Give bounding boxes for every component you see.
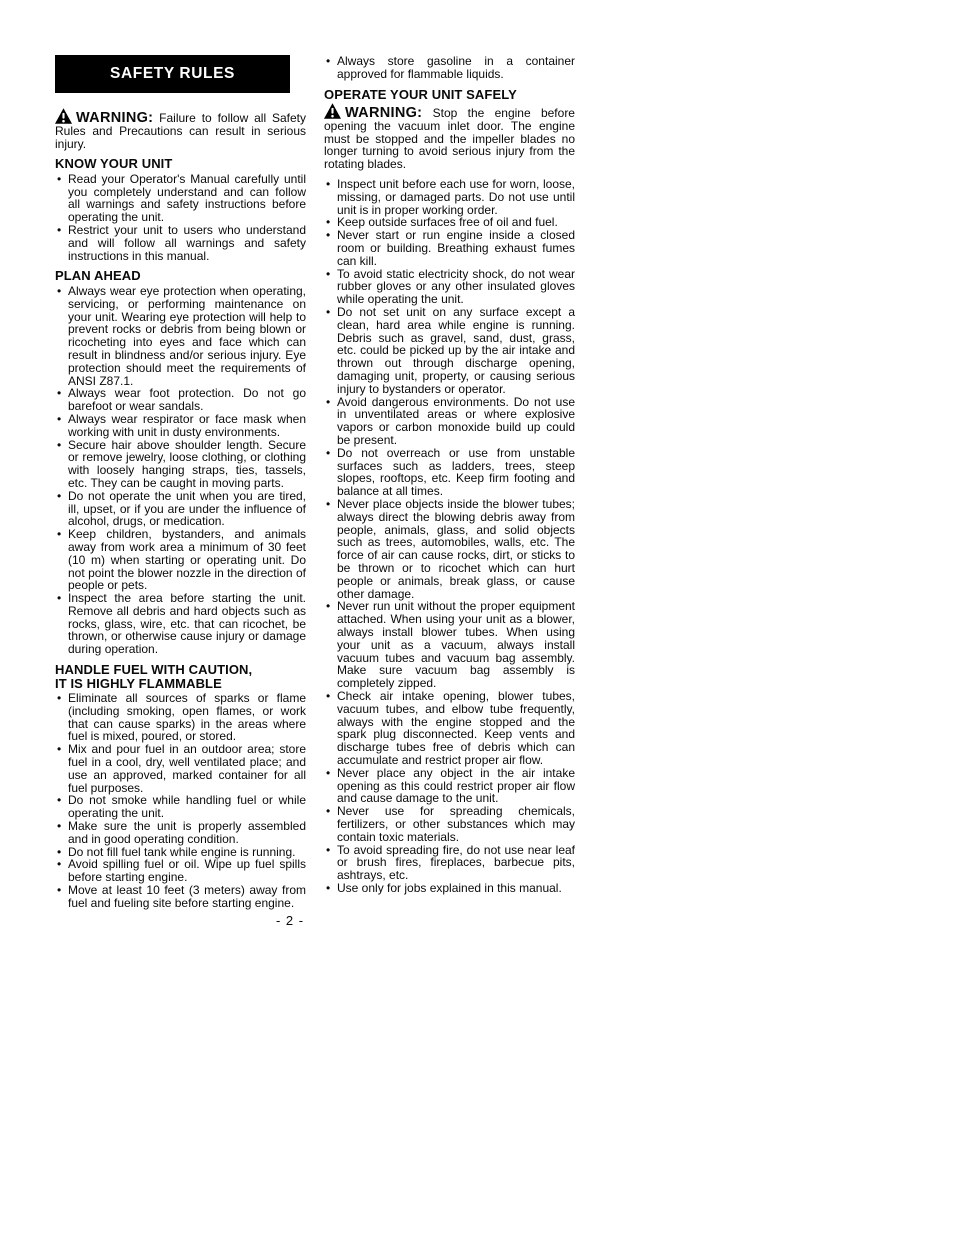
page-number: - 2 - bbox=[180, 913, 400, 928]
bullet-item: Eliminate all sources of sparks or flame… bbox=[55, 692, 306, 743]
right-warning-paragraph: WARNING: Stop the engine before opening … bbox=[324, 103, 575, 171]
document-page: SAFETY RULES WARNING: Failure to follow … bbox=[0, 0, 954, 1235]
bullet-item: Move at least 10 feet (3 meters) away fr… bbox=[55, 884, 306, 910]
right-column: Always store gasoline in a container app… bbox=[324, 55, 575, 910]
section-heading-know-your-unit: KNOW YOUR UNIT bbox=[55, 157, 306, 171]
handle-fuel-list: Eliminate all sources of sparks or flame… bbox=[55, 692, 306, 910]
bullet-item: Do not set unit on any surface except a … bbox=[324, 306, 575, 396]
page-title-label: SAFETY RULES bbox=[110, 65, 235, 82]
bullet-item: Avoid dangerous environments. Do not use… bbox=[324, 396, 575, 447]
warning-triangle-icon bbox=[55, 108, 72, 124]
bullet-item: Check air intake opening, blower tubes, … bbox=[324, 690, 575, 767]
bullet-item: Secure hair above shoulder length. Secur… bbox=[55, 439, 306, 490]
section-heading-plan-ahead: PLAN AHEAD bbox=[55, 269, 306, 283]
bullet-item: Do not overreach or use from unstable su… bbox=[324, 447, 575, 498]
left-column: SAFETY RULES WARNING: Failure to follow … bbox=[55, 55, 306, 910]
operate-safely-list: Inspect unit before each use for worn, l… bbox=[324, 178, 575, 895]
bullet-item: Never place objects inside the blower tu… bbox=[324, 498, 575, 600]
plan-ahead-list: Always wear eye protection when operatin… bbox=[55, 285, 306, 656]
bullet-item: Never run unit without the proper equipm… bbox=[324, 600, 575, 690]
know-your-unit-list: Read your Operator's Manual carefully un… bbox=[55, 173, 306, 263]
section-heading-handle-fuel: HANDLE FUEL WITH CAUTION, IT IS HIGHLY F… bbox=[55, 663, 306, 690]
bullet-item: Inspect the area before starting the uni… bbox=[55, 592, 306, 656]
bullet-item: Mix and pour fuel in an outdoor area; st… bbox=[55, 743, 306, 794]
fuel-intro-list: Always store gasoline in a container app… bbox=[324, 55, 575, 81]
bullet-item: Never use for spreading chemicals, ferti… bbox=[324, 805, 575, 843]
bullet-item: Do not smoke while handling fuel or whil… bbox=[55, 794, 306, 820]
bullet-item: Always wear foot protection. Do not go b… bbox=[55, 387, 306, 413]
bullet-item: Always store gasoline in a container app… bbox=[324, 55, 575, 81]
page-content: SAFETY RULES WARNING: Failure to follow … bbox=[55, 55, 575, 910]
bullet-item: Always wear respirator or face mask when… bbox=[55, 413, 306, 439]
bullet-item: Keep children, bystanders, and animals a… bbox=[55, 528, 306, 592]
bullet-item: Never place any object in the air intake… bbox=[324, 767, 575, 805]
bullet-item: Avoid spilling fuel or oil. Wipe up fuel… bbox=[55, 858, 306, 884]
bullet-item: Use only for jobs explained in this manu… bbox=[324, 882, 575, 895]
warning-triangle-icon bbox=[324, 103, 341, 119]
bullet-item: To avoid spreading fire, do not use near… bbox=[324, 844, 575, 882]
section-heading-operate-safely: OPERATE YOUR UNIT SAFELY bbox=[324, 88, 575, 102]
bullet-item: Inspect unit before each use for worn, l… bbox=[324, 178, 575, 216]
bullet-item: Do not operate the unit when you are tir… bbox=[55, 490, 306, 528]
bullet-item: Restrict your unit to users who understa… bbox=[55, 224, 306, 262]
bullet-item: Always wear eye protection when operatin… bbox=[55, 285, 306, 387]
page-title: SAFETY RULES bbox=[55, 55, 290, 93]
bullet-item: To avoid static electricity shock, do no… bbox=[324, 268, 575, 306]
bullet-item: Never start or run engine inside a close… bbox=[324, 229, 575, 267]
bullet-item: Read your Operator's Manual carefully un… bbox=[55, 173, 306, 224]
bullet-item: Make sure the unit is properly assembled… bbox=[55, 820, 306, 846]
left-warning-paragraph: WARNING: Failure to follow all Safety Ru… bbox=[55, 108, 306, 150]
